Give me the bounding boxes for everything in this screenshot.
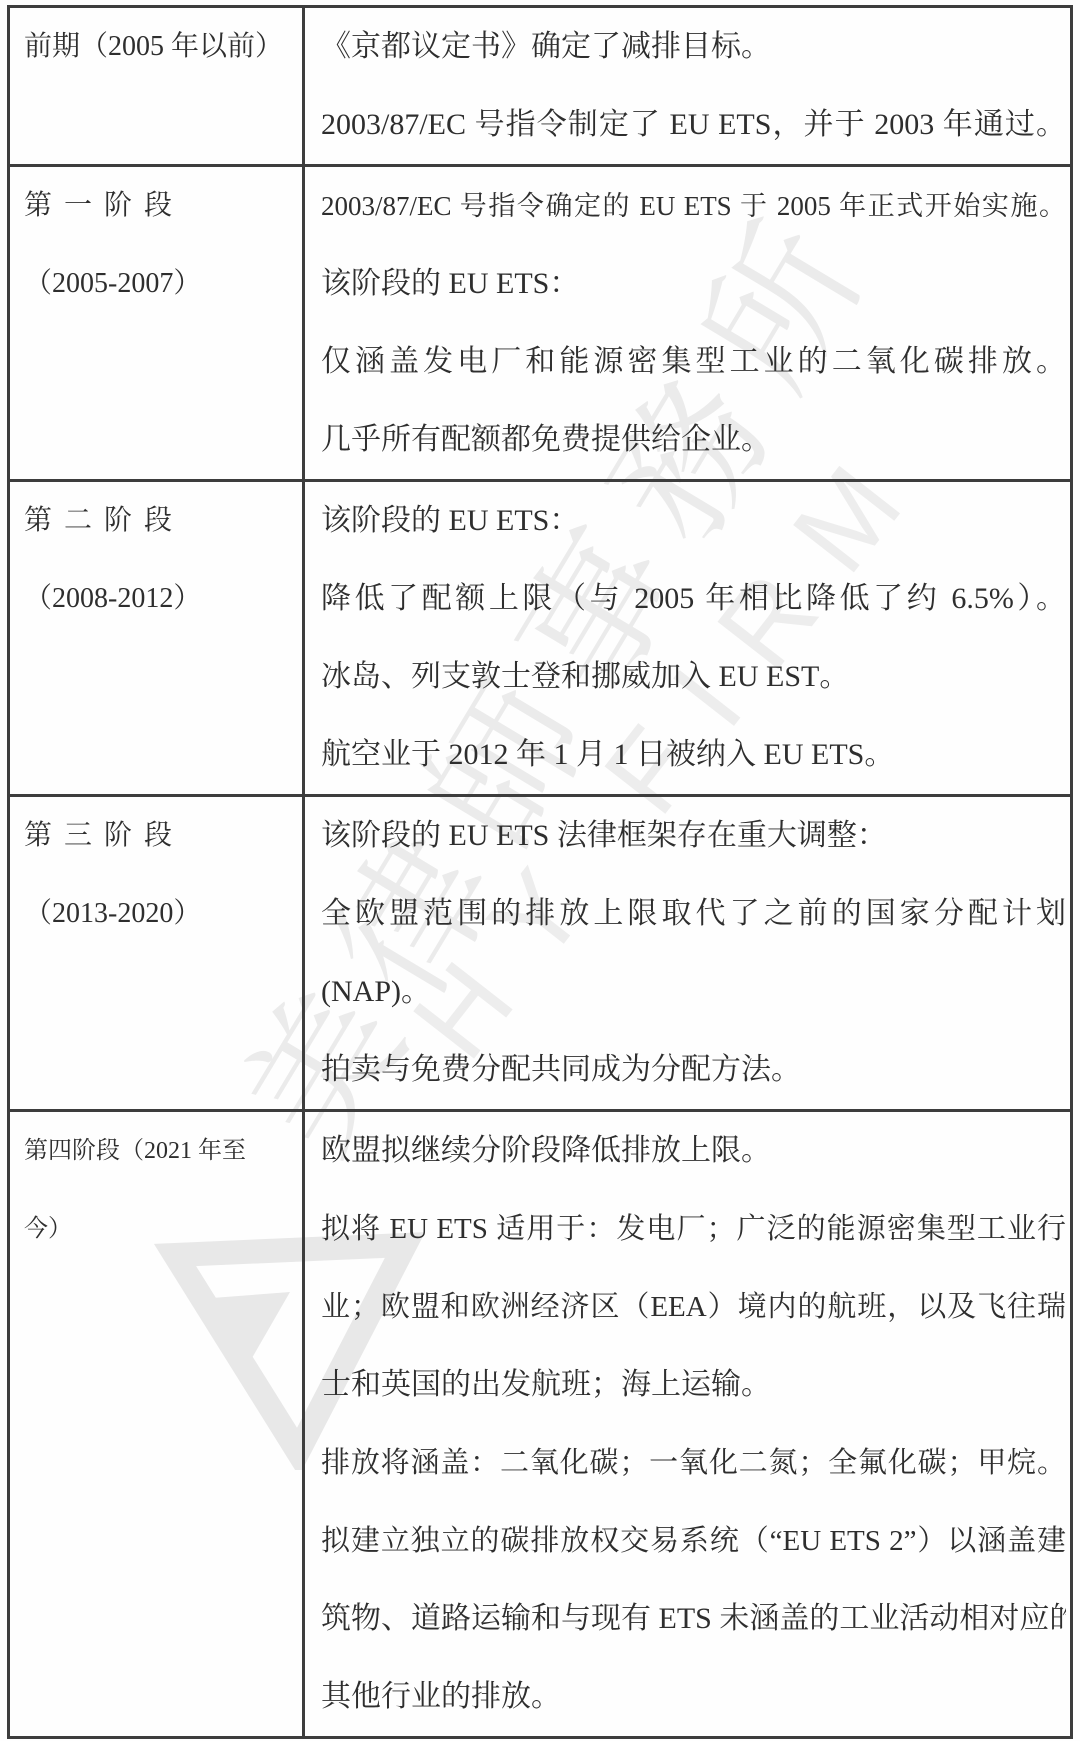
detail-line: 欧盟拟继续分阶段降低排放上限。 bbox=[321, 1112, 1066, 1190]
phase-cell-4: 第四阶段（2021 年至 今） bbox=[9, 1111, 304, 1738]
detail-line: 降低了配额上限（与 2005 年相比降低了约 6.5%）。 bbox=[321, 560, 1066, 638]
phase-cell-0: 前期（2005 年以前） bbox=[9, 7, 304, 166]
detail-line: 业；欧盟和欧洲经济区（EEA）境内的航班，以及飞往瑞 bbox=[321, 1268, 1066, 1346]
phases-table: 前期（2005 年以前） 《京都议定书》确定了减排目标。 2003/87/EC … bbox=[7, 5, 1073, 1739]
table-row: 前期（2005 年以前） 《京都议定书》确定了减排目标。 2003/87/EC … bbox=[9, 7, 1072, 166]
detail-line: 仅涵盖发电厂和能源密集型工业的二氧化碳排放。 bbox=[321, 323, 1066, 401]
detail-line: 航空业于 2012 年 1 月 1 日被纳入 EU ETS。 bbox=[321, 716, 1066, 794]
phase-label: 前期（2005 年以前） bbox=[24, 8, 298, 86]
phase-label: （2005-2007） bbox=[24, 245, 298, 323]
detail-line: 排放将涵盖：二氧化碳；一氧化二氮；全氟化碳；甲烷。 bbox=[321, 1424, 1066, 1502]
detail-line: 全欧盟范围的排放上限取代了之前的国家分配计划 bbox=[321, 875, 1066, 953]
detail-line: 拟将 EU ETS 适用于：发电厂；广泛的能源密集型工业行 bbox=[321, 1190, 1066, 1268]
page: 美律師事務所 HY FIRM 前期（2005 年以前） 《京都议定书》确定了减排… bbox=[0, 0, 1080, 1741]
detail-line: (NAP)。 bbox=[321, 953, 1066, 1031]
phase-cell-1: 第一阶段 （2005-2007） bbox=[9, 166, 304, 481]
table-row: 第四阶段（2021 年至 今） 欧盟拟继续分阶段降低排放上限。 拟将 EU ET… bbox=[9, 1111, 1072, 1738]
detail-line: 《京都议定书》确定了减排目标。 bbox=[321, 8, 1066, 86]
phase-label: 今） bbox=[24, 1190, 298, 1268]
phase-label: 第四阶段（2021 年至 bbox=[24, 1112, 298, 1190]
details-cell-2: 该阶段的 EU ETS： 降低了配额上限（与 2005 年相比降低了约 6.5%… bbox=[304, 481, 1072, 796]
detail-line: 该阶段的 EU ETS： bbox=[321, 245, 1066, 323]
detail-line: 该阶段的 EU ETS 法律框架存在重大调整： bbox=[321, 797, 1066, 875]
details-cell-1: 2003/87/EC 号指令确定的 EU ETS 于 2005 年正式开始实施。… bbox=[304, 166, 1072, 481]
table-row: 第一阶段 （2005-2007） 2003/87/EC 号指令确定的 EU ET… bbox=[9, 166, 1072, 481]
phase-cell-3: 第三阶段 （2013-2020） bbox=[9, 796, 304, 1111]
detail-line: 几乎所有配额都免费提供给企业。 bbox=[321, 401, 1066, 479]
table-row: 第三阶段 （2013-2020） 该阶段的 EU ETS 法律框架存在重大调整：… bbox=[9, 796, 1072, 1111]
phase-label: 第三阶段 bbox=[24, 797, 298, 875]
detail-line: 拍卖与免费分配共同成为分配方法。 bbox=[321, 1031, 1066, 1109]
details-cell-4: 欧盟拟继续分阶段降低排放上限。 拟将 EU ETS 适用于：发电厂；广泛的能源密… bbox=[304, 1111, 1072, 1738]
details-cell-3: 该阶段的 EU ETS 法律框架存在重大调整： 全欧盟范围的排放上限取代了之前的… bbox=[304, 796, 1072, 1111]
detail-line: 冰岛、列支敦士登和挪威加入 EU EST。 bbox=[321, 638, 1066, 716]
detail-line: 其他行业的排放。 bbox=[321, 1658, 1066, 1736]
detail-line: 士和英国的出发航班；海上运输。 bbox=[321, 1346, 1066, 1424]
phase-label: （2013-2020） bbox=[24, 875, 298, 953]
phase-label: （2008-2012） bbox=[24, 560, 298, 638]
detail-line: 拟建立独立的碳排放权交易系统（“EU ETS 2”）以涵盖建 bbox=[321, 1502, 1066, 1580]
phase-cell-2: 第二阶段 （2008-2012） bbox=[9, 481, 304, 796]
details-cell-0: 《京都议定书》确定了减排目标。 2003/87/EC 号指令制定了 EU ETS… bbox=[304, 7, 1072, 166]
detail-line: 筑物、道路运输和与现有 ETS 未涵盖的工业活动相对应的 bbox=[321, 1580, 1066, 1658]
table-row: 第二阶段 （2008-2012） 该阶段的 EU ETS： 降低了配额上限（与 … bbox=[9, 481, 1072, 796]
phase-label: 第一阶段 bbox=[24, 167, 298, 245]
detail-line: 该阶段的 EU ETS： bbox=[321, 482, 1066, 560]
detail-line: 2003/87/EC 号指令制定了 EU ETS，并于 2003 年通过。 bbox=[321, 86, 1066, 164]
phase-label: 第二阶段 bbox=[24, 482, 298, 560]
detail-line: 2003/87/EC 号指令确定的 EU ETS 于 2005 年正式开始实施。 bbox=[321, 167, 1066, 245]
